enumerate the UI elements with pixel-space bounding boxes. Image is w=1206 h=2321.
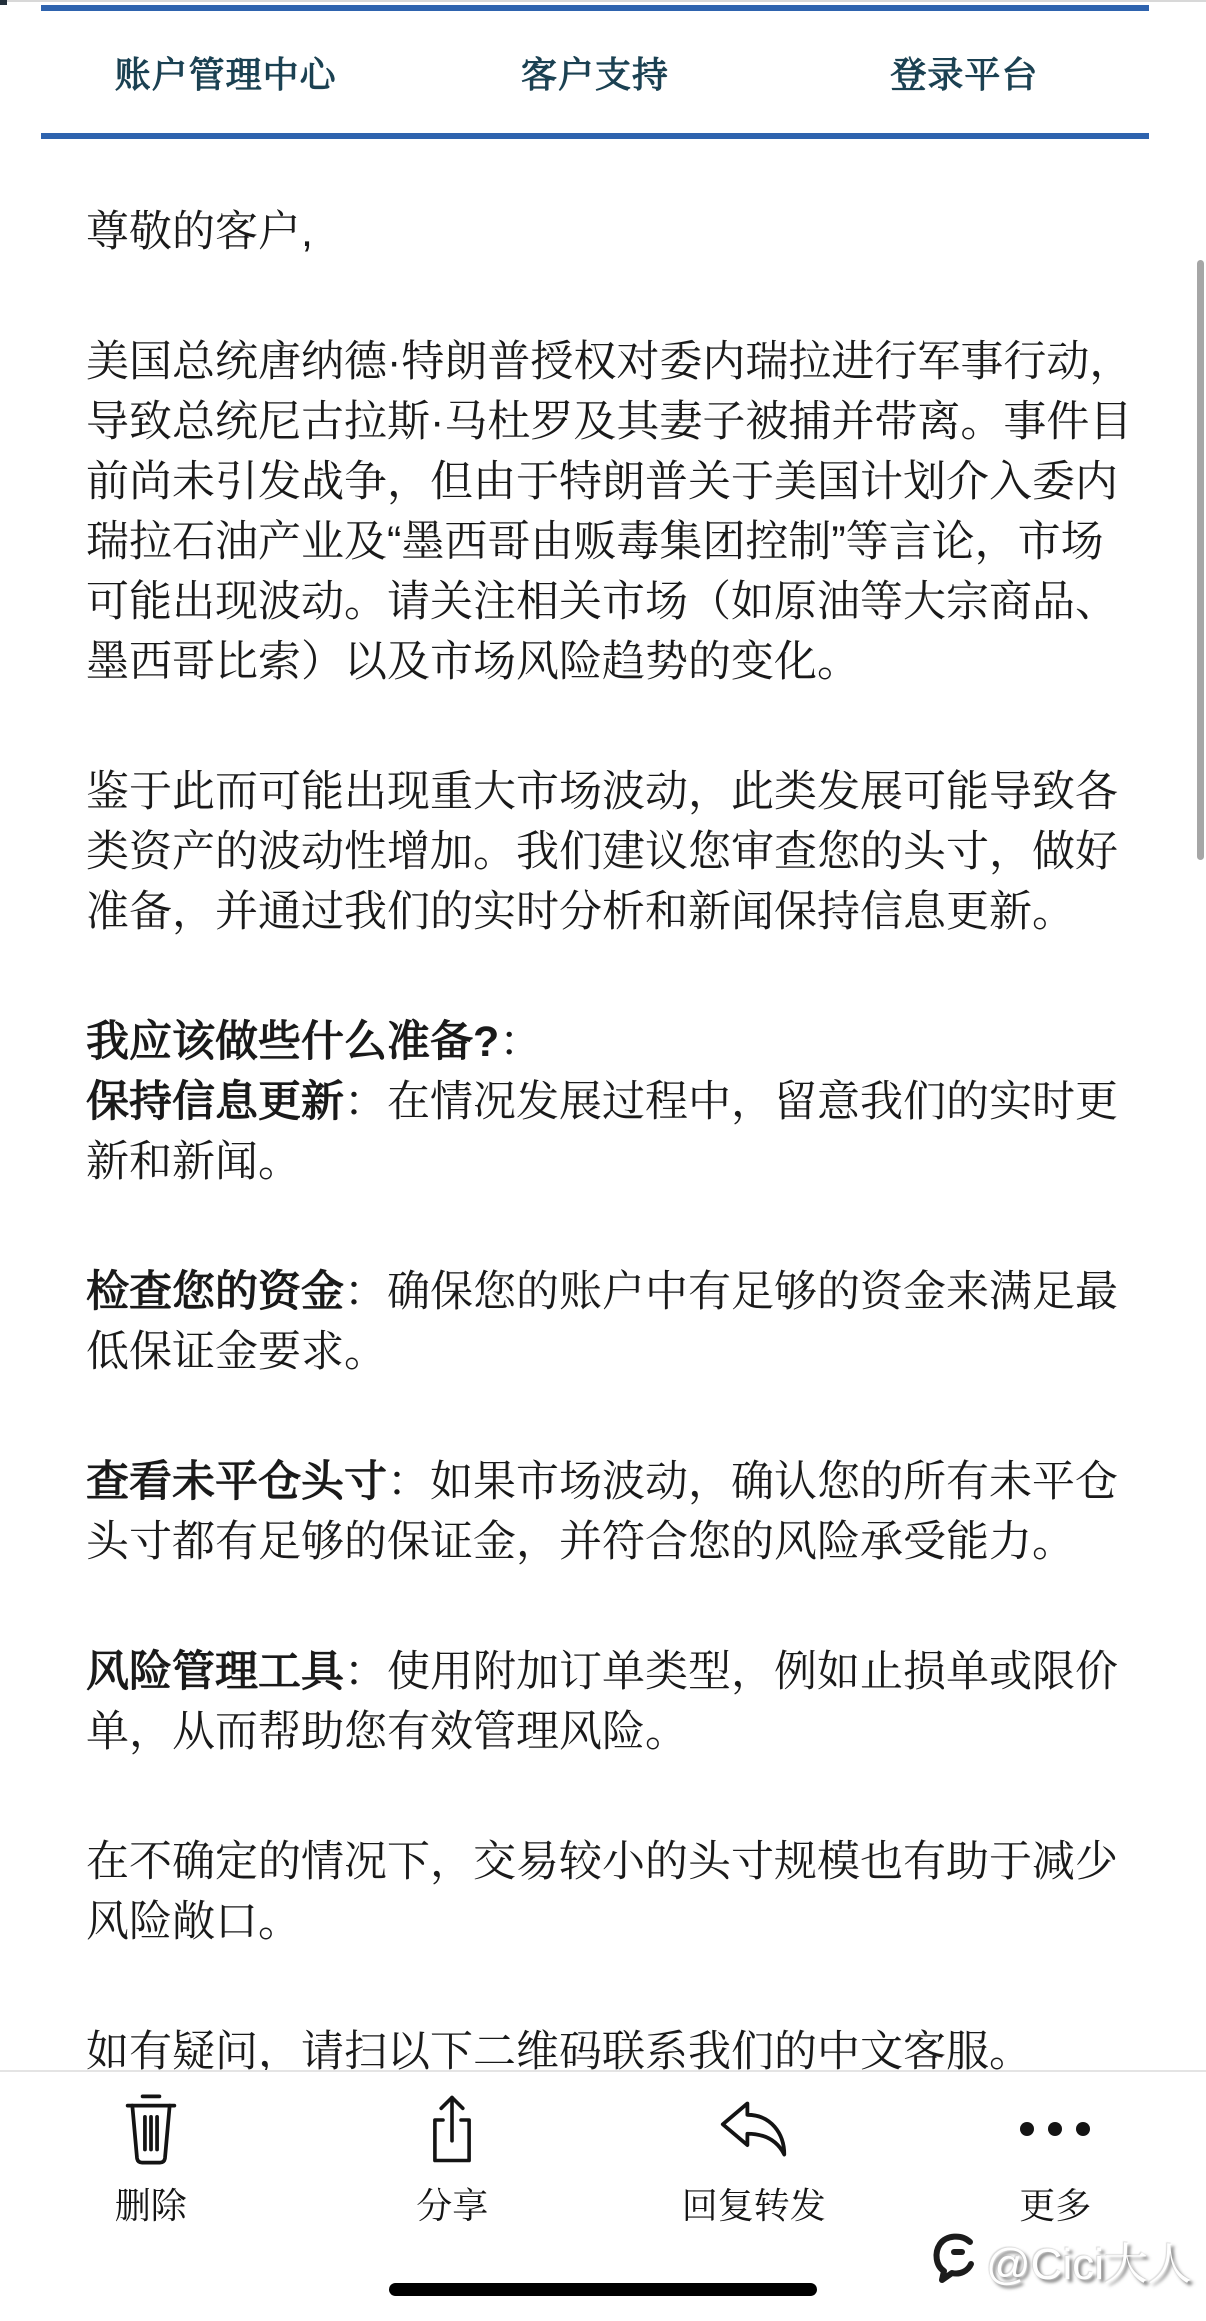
text-run: 如有疑问，请扫以下二维码联系我们的中文客服。 [86, 2028, 1032, 2076]
bold-run: 检查您的资金 [86, 1268, 344, 1316]
more-button[interactable]: 更多 [905, 2072, 1206, 2229]
share-icon [425, 2086, 479, 2172]
text-run: 鉴于此而可能出现重大市场波动，此类发展可能导致各 类资产的波动性增加。我们建议您… [86, 768, 1118, 936]
paragraph: 尊敬的客户, [86, 202, 1190, 262]
share-button[interactable]: 分享 [302, 2072, 604, 2229]
bold-run: 风险管理工具 [86, 1648, 344, 1696]
reply-forward-button[interactable]: 回复转发 [603, 2072, 905, 2229]
paragraph: 美国总统唐纳德·特朗普授权对委内瑞拉进行军事行动， 导致总统尼古拉斯·马杜罗及其… [86, 332, 1190, 692]
bold-run: 我应该做些什么准备? [86, 1018, 499, 1066]
more-label: 更多 [1019, 2178, 1091, 2229]
text-run: ： [499, 1018, 542, 1066]
watermark: @Cici大人 [932, 2228, 1192, 2292]
header-bottom-rule [41, 133, 1149, 139]
share-label: 分享 [416, 2178, 488, 2229]
cici-logo-icon [932, 2232, 978, 2289]
email-header-nav: 账户管理中心 客户支持 登录平台 [41, 11, 1149, 133]
nav-link-login-platform[interactable]: 登录平台 [780, 47, 1149, 98]
paragraph: 风险管理工具：使用附加订单类型，例如止损单或限价 单，从而帮助您有效管理风险。 [86, 1642, 1190, 1762]
paragraph: 鉴于此而可能出现重大市场波动，此类发展可能导致各 类资产的波动性增加。我们建议您… [86, 762, 1190, 942]
text-run: 美国总统唐纳德·特朗普授权对委内瑞拉进行军事行动， 导致总统尼古拉斯·马杜罗及其… [86, 338, 1132, 686]
email-body: 尊敬的客户,美国总统唐纳德·特朗普授权对委内瑞拉进行军事行动， 导致总统尼古拉斯… [86, 202, 1190, 2152]
screen-corner-artifact [0, 0, 7, 5]
nav-link-customer-support[interactable]: 客户支持 [410, 47, 779, 98]
nav-link-account-center[interactable]: 账户管理中心 [41, 47, 410, 98]
mail-app-screen: 账户管理中心 客户支持 登录平台 尊敬的客户,美国总统唐纳德·特朗普授权对委内瑞… [0, 0, 1206, 2321]
delete-button[interactable]: 删除 [0, 2072, 302, 2229]
top-hairline [0, 0, 1206, 2]
watermark-handle: @Cici大人 [986, 2228, 1192, 2292]
delete-label: 删除 [115, 2178, 187, 2229]
home-indicator[interactable] [389, 2283, 817, 2296]
reply-forward-label: 回复转发 [682, 2178, 826, 2229]
bold-run: 查看未平仓头寸 [86, 1458, 387, 1506]
trash-icon [123, 2086, 179, 2172]
ellipsis-icon [1019, 2086, 1091, 2172]
paragraph: 在不确定的情况下，交易较小的头寸规模也有助于减少 风险敞口。 [86, 1832, 1190, 1952]
text-run: 在不确定的情况下，交易较小的头寸规模也有助于减少 风险敞口。 [86, 1838, 1118, 1946]
scrollbar-thumb[interactable] [1197, 260, 1204, 860]
reply-icon [714, 2086, 794, 2172]
paragraph: 检查您的资金：确保您的账户中有足够的资金来满足最 低保证金要求。 [86, 1262, 1190, 1382]
text-run: 尊敬的客户, [86, 208, 313, 256]
paragraph: 我应该做些什么准备?： 保持信息更新：在情况发展过程中，留意我们的实时更 新和新… [86, 1012, 1190, 1192]
paragraph: 查看未平仓头寸：如果市场波动，确认您的所有未平仓 头寸都有足够的保证金，并符合您… [86, 1452, 1190, 1572]
bold-run: 保持信息更新 [86, 1078, 344, 1126]
